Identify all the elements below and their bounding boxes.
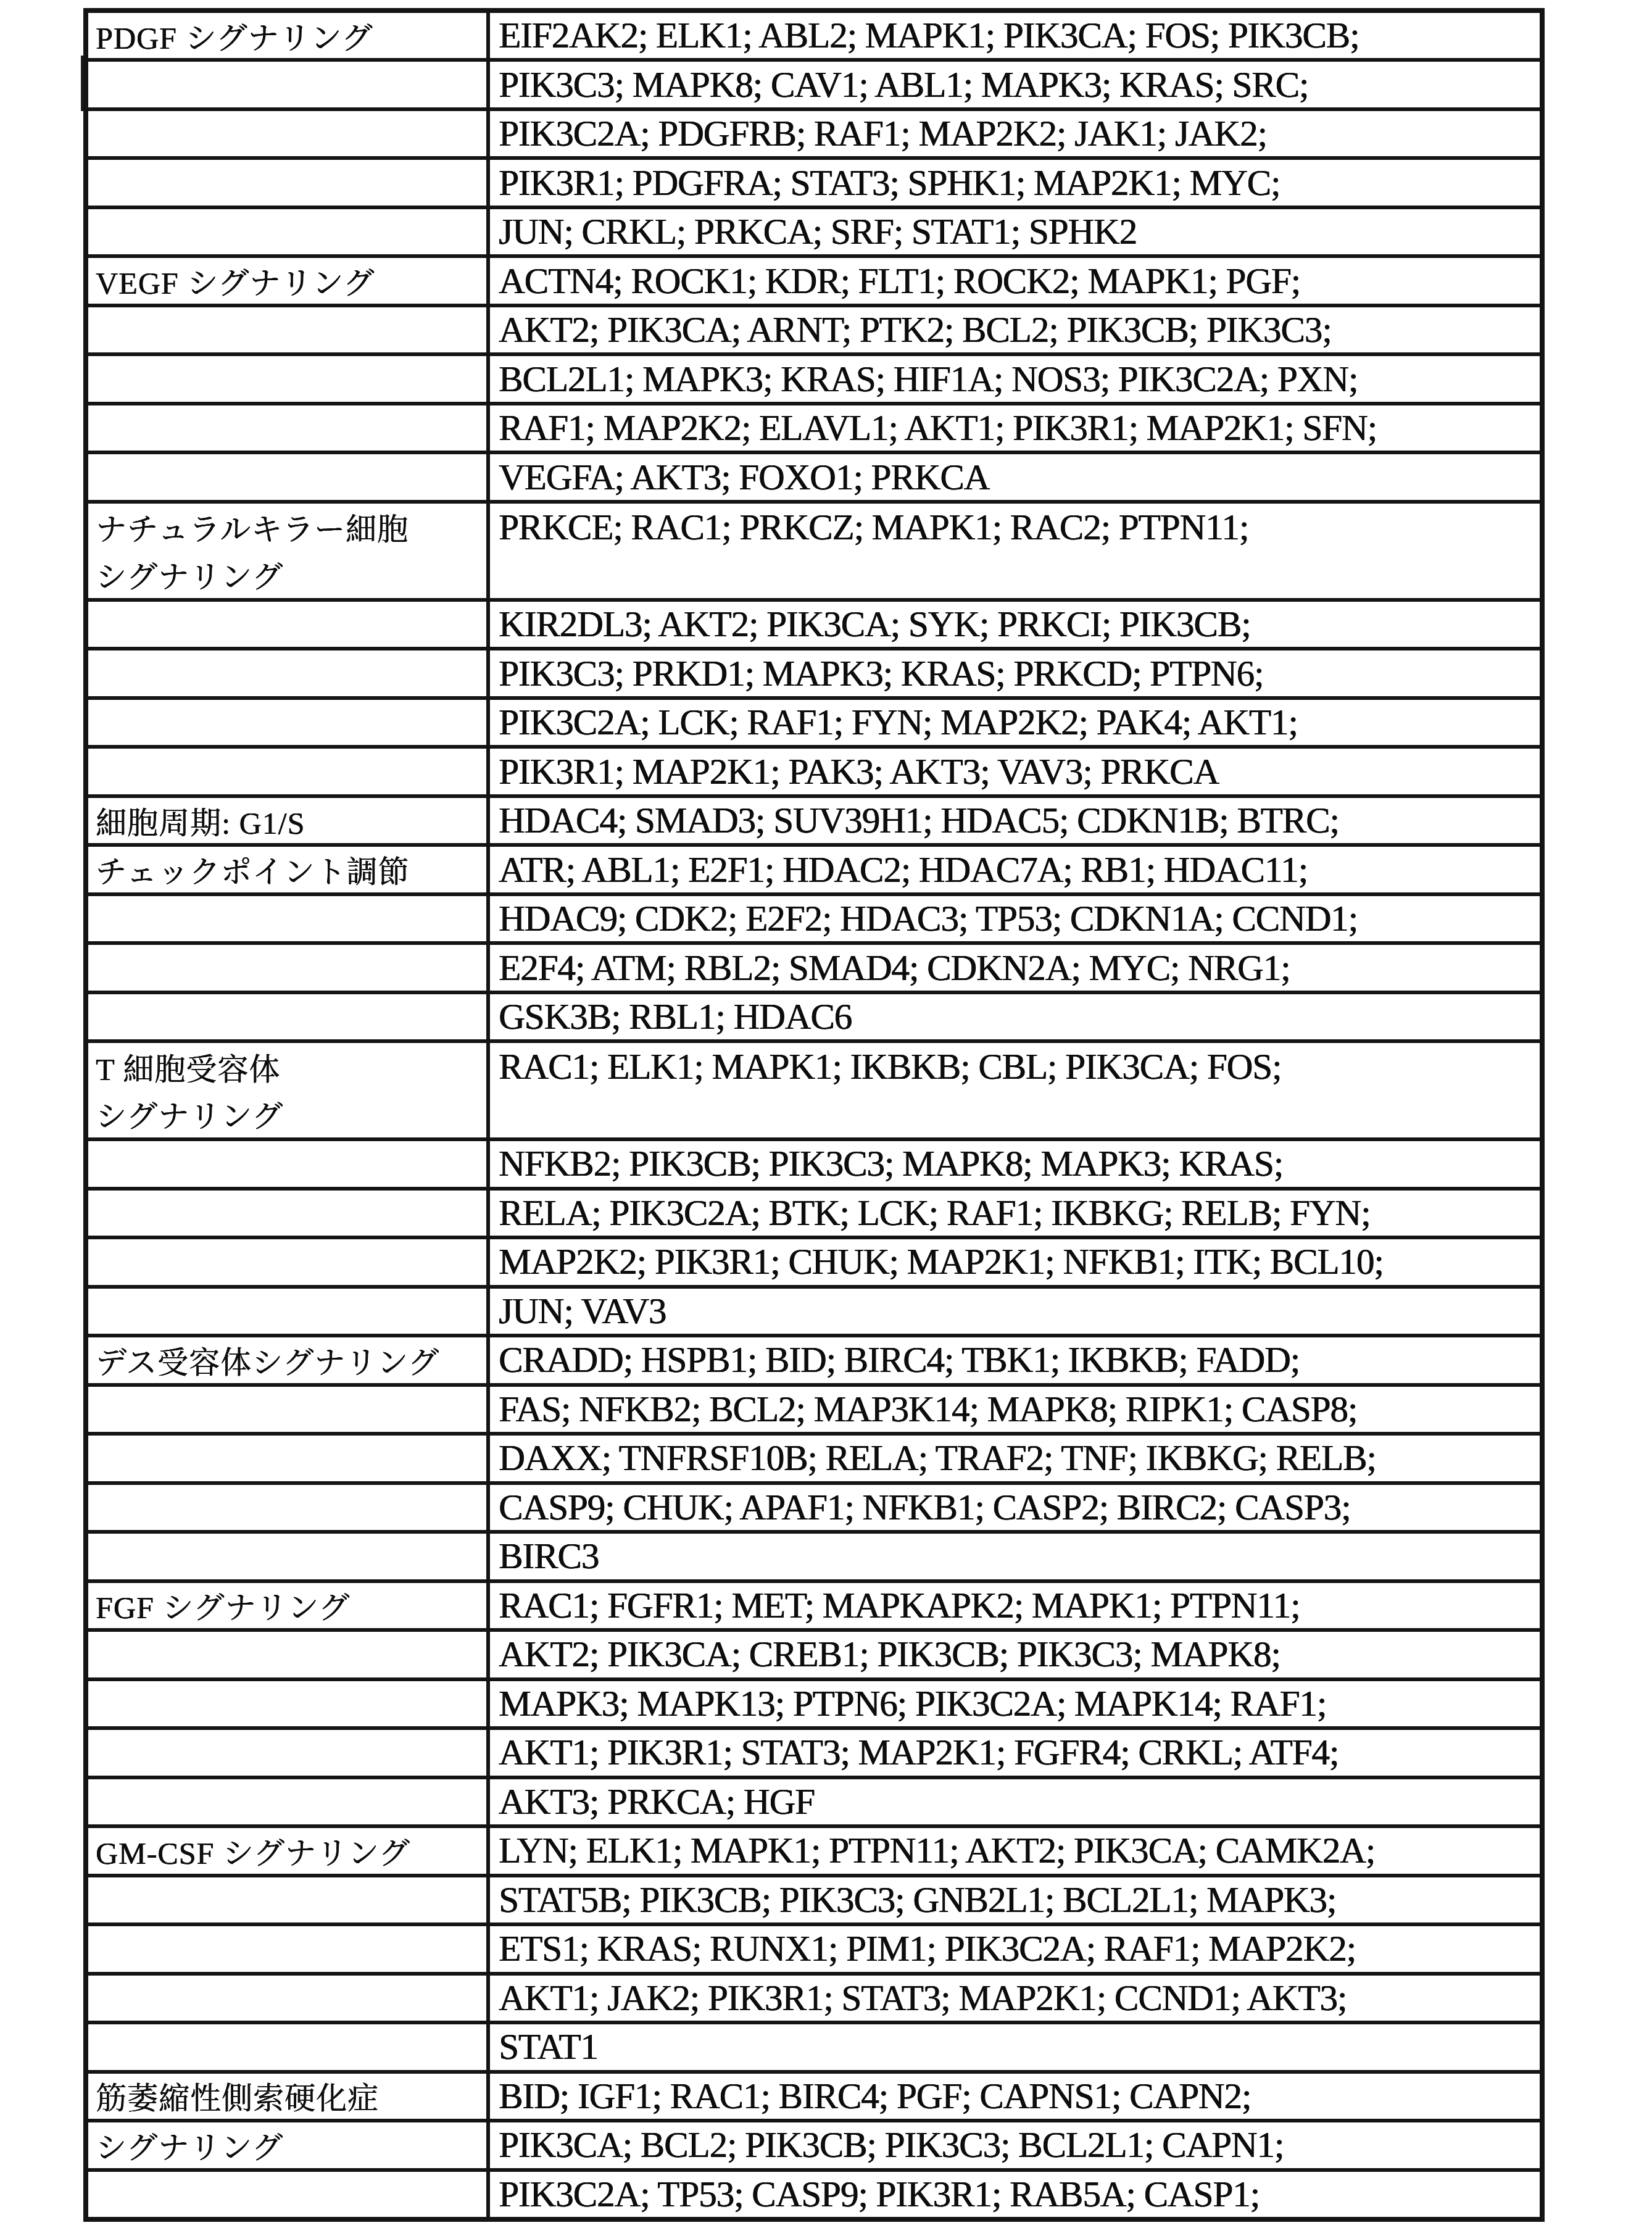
pathway-cell: GM-CSF シグナリング [88, 1828, 486, 1873]
pathway-cell [88, 2024, 486, 2070]
genes-cell: BIRC3 [490, 1534, 1540, 1579]
gene-list-line: BIRC3 [499, 1534, 1536, 1579]
pathway-cell [88, 1436, 486, 1481]
genes-cell: STAT5B; PIK3CB; PIK3C3; GNB2L1; BCL2L1; … [490, 1877, 1540, 1923]
gene-list-line: KIR2DL3; AKT2; PIK3CA; SYK; PRKCI; PIK3C… [499, 602, 1536, 647]
pathway-cell [88, 994, 486, 1040]
gene-list-line: NFKB2; PIK3CB; PIK3C3; MAPK8; MAPK3; KRA… [499, 1141, 1536, 1186]
genes-cell: JUN; CRKL; PRKCA; SRF; STAT1; SPHK2 [490, 209, 1540, 254]
pathway-label-line: FGF シグナリング [96, 1583, 483, 1628]
genes-cell: EIF2AK2; ELK1; ABL2; MAPK1; PIK3CA; FOS;… [490, 13, 1540, 58]
pathway-cell [88, 1877, 486, 1923]
pathway-cell [88, 651, 486, 696]
genes-cell: STAT1 [490, 2024, 1540, 2070]
genes-cell: LYN; ELK1; MAPK1; PTPN11; AKT2; PIK3CA; … [490, 1828, 1540, 1873]
gene-list-line: RAC1; ELK1; MAPK1; IKBKB; CBL; PIK3CA; F… [499, 1043, 1536, 1090]
genes-cell: PIK3C2A; PDGFRB; RAF1; MAP2K2; JAK1; JAK… [490, 111, 1540, 156]
genes-cell: RAC1; ELK1; MAPK1; IKBKB; CBL; PIK3CA; F… [490, 1043, 1540, 1137]
genes-cell: AKT2; PIK3CA; CREB1; PIK3CB; PIK3C3; MAP… [490, 1632, 1540, 1677]
pathway-label-line: T 細胞受容体 [96, 1043, 483, 1090]
gene-list-line: PIK3C3; MAPK8; CAV1; ABL1; MAPK3; KRAS; … [499, 62, 1536, 107]
pathway-cell: 細胞周期: G1/S [88, 798, 486, 843]
pathway-cell [88, 356, 486, 401]
genes-cell: CASP9; CHUK; APAF1; NFKB1; CASP2; BIRC2;… [490, 1485, 1540, 1530]
pathway-cell [88, 1141, 486, 1186]
pathway-gene-table: PDGF シグナリングEIF2AK2; ELK1; ABL2; MAPK1; P… [83, 8, 1545, 2222]
genes-cell: E2F4; ATM; RBL2; SMAD4; CDKN2A; MYC; NRG… [490, 945, 1540, 990]
pathway-cell [88, 1681, 486, 1727]
pathway-label-line: 筋萎縮性側索硬化症 [96, 2074, 483, 2119]
pathway-cell [88, 1191, 486, 1236]
pathway-label-line: 細胞周期: G1/S [96, 798, 483, 843]
gene-list-line: E2F4; ATM; RBL2; SMAD4; CDKN2A; MYC; NRG… [499, 945, 1536, 990]
gene-list-line: VEGFA; AKT3; FOXO1; PRKCA [499, 454, 1536, 499]
gene-list-line: MAP2K2; PIK3R1; CHUK; MAP2K1; NFKB1; ITK… [499, 1239, 1536, 1284]
pathway-cell [88, 749, 486, 794]
pathway-cell [88, 1239, 486, 1284]
genes-cell: RAF1; MAP2K2; ELAVL1; AKT1; PIK3R1; MAP2… [490, 405, 1540, 451]
genes-cell: PIK3CA; BCL2; PIK3CB; PIK3C3; BCL2L1; CA… [490, 2122, 1540, 2168]
genes-cell: NFKB2; PIK3CB; PIK3C3; MAPK8; MAPK3; KRA… [490, 1141, 1540, 1186]
pathway-cell: FGF シグナリング [88, 1583, 486, 1628]
pathway-cell [88, 209, 486, 254]
genes-cell: HDAC9; CDK2; E2F2; HDAC3; TP53; CDKN1A; … [490, 896, 1540, 941]
gene-list-line: JUN; CRKL; PRKCA; SRF; STAT1; SPHK2 [499, 209, 1536, 254]
genes-cell: AKT2; PIK3CA; ARNT; PTK2; BCL2; PIK3CB; … [490, 307, 1540, 353]
scanned-document-page: PDGF シグナリングEIF2AK2; ELK1; ABL2; MAPK1; P… [0, 0, 1652, 2228]
genes-cell: RAC1; FGFR1; MET; MAPKAPK2; MAPK1; PTPN1… [490, 1583, 1540, 1628]
genes-cell: RELA; PIK3C2A; BTK; LCK; RAF1; IKBKG; RE… [490, 1191, 1540, 1236]
genes-cell: ATR; ABL1; E2F1; HDAC2; HDAC7A; RB1; HDA… [490, 847, 1540, 892]
gene-list-line: PIK3R1; PDGFRA; STAT3; SPHK1; MAP2K1; MY… [499, 160, 1536, 206]
gene-list-line: DAXX; TNFRSF10B; RELA; TRAF2; TNF; IKBKG… [499, 1436, 1536, 1481]
gene-list-line: PIK3C3; PRKD1; MAPK3; KRAS; PRKCD; PTPN6… [499, 651, 1536, 696]
gene-list-line: PIK3C2A; PDGFRB; RAF1; MAP2K2; JAK1; JAK… [499, 111, 1536, 156]
genes-cell: CRADD; HSPB1; BID; BIRC4; TBK1; IKBKB; F… [490, 1337, 1540, 1383]
pathway-label-line: シグナリング [96, 1091, 483, 1137]
pathway-label-line: シグナリング [96, 551, 483, 597]
genes-cell: GSK3B; RBL1; HDAC6 [490, 994, 1540, 1040]
genes-cell: ACTN4; ROCK1; KDR; FLT1; ROCK2; MAPK1; P… [490, 258, 1540, 303]
pathway-cell: T 細胞受容体シグナリング [88, 1043, 486, 1137]
gene-list-line: JUN; VAV3 [499, 1289, 1536, 1334]
gene-list-line: ACTN4; ROCK1; KDR; FLT1; ROCK2; MAPK1; P… [499, 258, 1536, 303]
gene-list-line: MAPK3; MAPK13; PTPN6; PIK3C2A; MAPK14; R… [499, 1681, 1536, 1727]
pathway-cell [88, 1730, 486, 1775]
gene-list-line: GSK3B; RBL1; HDAC6 [499, 994, 1536, 1040]
genes-cell: AKT1; PIK3R1; STAT3; MAP2K1; FGFR4; CRKL… [490, 1730, 1540, 1775]
genes-cell: ETS1; KRAS; RUNX1; PIM1; PIK3C2A; RAF1; … [490, 1926, 1540, 1971]
gene-list-line: AKT1; PIK3R1; STAT3; MAP2K1; FGFR4; CRKL… [499, 1730, 1536, 1775]
pathway-cell [88, 1289, 486, 1334]
pathway-cell: チェックポイント調節 [88, 847, 486, 892]
genes-cell: PIK3R1; PDGFRA; STAT3; SPHK1; MAP2K1; MY… [490, 160, 1540, 206]
gene-list-line: AKT1; JAK2; PIK3R1; STAT3; MAP2K1; CCND1… [499, 1976, 1536, 2021]
gene-list-line: RAF1; MAP2K2; ELAVL1; AKT1; PIK3R1; MAP2… [499, 405, 1536, 451]
gene-list-line: CASP9; CHUK; APAF1; NFKB1; CASP2; BIRC2;… [499, 1485, 1536, 1530]
gene-list-line: HDAC4; SMAD3; SUV39H1; HDAC5; CDKN1B; BT… [499, 798, 1536, 843]
genes-cell: MAPK3; MAPK13; PTPN6; PIK3C2A; MAPK14; R… [490, 1681, 1540, 1727]
pathway-label-line: ナチュラルキラー細胞 [96, 504, 483, 551]
genes-cell: KIR2DL3; AKT2; PIK3CA; SYK; PRKCI; PIK3C… [490, 602, 1540, 647]
gene-list-line: BCL2L1; MAPK3; KRAS; HIF1A; NOS3; PIK3C2… [499, 356, 1536, 401]
pathway-cell [88, 1976, 486, 2021]
gene-list-line: STAT1 [499, 2024, 1536, 2070]
pathway-cell [88, 896, 486, 941]
genes-cell: PIK3C3; MAPK8; CAV1; ABL1; MAPK3; KRAS; … [490, 62, 1540, 107]
pathway-cell: デス受容体シグナリング [88, 1337, 486, 1383]
genes-cell: MAP2K2; PIK3R1; CHUK; MAP2K1; NFKB1; ITK… [490, 1239, 1540, 1284]
gene-list-line: PIK3CA; BCL2; PIK3CB; PIK3C3; BCL2L1; CA… [499, 2122, 1536, 2168]
pathway-cell [88, 602, 486, 647]
gene-list-line: LYN; ELK1; MAPK1; PTPN11; AKT2; PIK3CA; … [499, 1828, 1536, 1873]
pathway-cell: 筋萎縮性側索硬化症 [88, 2074, 486, 2119]
genes-cell: PIK3C2A; LCK; RAF1; FYN; MAP2K2; PAK4; A… [490, 700, 1540, 745]
gene-list-line: HDAC9; CDK2; E2F2; HDAC3; TP53; CDKN1A; … [499, 896, 1536, 941]
genes-cell: FAS; NFKB2; BCL2; MAP3K14; MAPK8; RIPK1;… [490, 1387, 1540, 1432]
pathway-label-line: シグナリング [96, 2122, 483, 2168]
pathway-cell [88, 2172, 486, 2218]
pathway-label-line: VEGF シグナリング [96, 258, 483, 303]
pathway-cell [88, 111, 486, 156]
gene-list-line: AKT2; PIK3CA; CREB1; PIK3CB; PIK3C3; MAP… [499, 1632, 1536, 1677]
genes-cell: PIK3R1; MAP2K1; PAK3; AKT3; VAV3; PRKCA [490, 749, 1540, 794]
gene-list-line: PRKCE; RAC1; PRKCZ; MAPK1; RAC2; PTPN11; [499, 504, 1536, 551]
pathway-cell: ナチュラルキラー細胞シグナリング [88, 504, 486, 598]
pathway-cell [88, 1534, 486, 1579]
gene-list-line: STAT5B; PIK3CB; PIK3C3; GNB2L1; BCL2L1; … [499, 1877, 1536, 1923]
pathway-cell: PDGF シグナリング [88, 13, 486, 58]
pathway-label-line: チェックポイント調節 [96, 847, 483, 892]
gene-list-line: PIK3R1; MAP2K1; PAK3; AKT3; VAV3; PRKCA [499, 749, 1536, 794]
pathway-cell [88, 62, 486, 107]
genes-cell: AKT1; JAK2; PIK3R1; STAT3; MAP2K1; CCND1… [490, 1976, 1540, 2021]
pathway-cell [88, 700, 486, 745]
pathway-cell [88, 405, 486, 451]
genes-cell: AKT3; PRKCA; HGF [490, 1779, 1540, 1824]
genes-cell: PRKCE; RAC1; PRKCZ; MAPK1; RAC2; PTPN11; [490, 504, 1540, 598]
pathway-cell [88, 945, 486, 990]
genes-cell: JUN; VAV3 [490, 1289, 1540, 1334]
gene-list-line: FAS; NFKB2; BCL2; MAP3K14; MAPK8; RIPK1;… [499, 1387, 1536, 1432]
pathway-cell [88, 160, 486, 206]
gene-list-line: AKT3; PRKCA; HGF [499, 1779, 1536, 1824]
pathway-cell [88, 1485, 486, 1530]
gene-list-line: BID; IGF1; RAC1; BIRC4; PGF; CAPNS1; CAP… [499, 2074, 1536, 2119]
pathway-cell [88, 1779, 486, 1824]
genes-cell: BCL2L1; MAPK3; KRAS; HIF1A; NOS3; PIK3C2… [490, 356, 1540, 401]
genes-cell: BID; IGF1; RAC1; BIRC4; PGF; CAPNS1; CAP… [490, 2074, 1540, 2119]
gene-list-line: EIF2AK2; ELK1; ABL2; MAPK1; PIK3CA; FOS;… [499, 13, 1536, 58]
pathway-cell: VEGF シグナリング [88, 258, 486, 303]
pathway-cell [88, 1926, 486, 1971]
genes-cell: HDAC4; SMAD3; SUV39H1; HDAC5; CDKN1B; BT… [490, 798, 1540, 843]
pathway-cell [88, 307, 486, 353]
genes-cell: PIK3C2A; TP53; CASP9; PIK3R1; RAB5A; CAS… [490, 2172, 1540, 2218]
pathway-cell: シグナリング [88, 2122, 486, 2168]
pathway-label-line: PDGF シグナリング [96, 13, 483, 58]
pathway-cell [88, 1387, 486, 1432]
gene-list-line: ETS1; KRAS; RUNX1; PIM1; PIK3C2A; RAF1; … [499, 1926, 1536, 1971]
gene-list-line: RELA; PIK3C2A; BTK; LCK; RAF1; IKBKG; RE… [499, 1191, 1536, 1236]
gene-list-line: CRADD; HSPB1; BID; BIRC4; TBK1; IKBKB; F… [499, 1337, 1536, 1383]
gene-list-line: RAC1; FGFR1; MET; MAPKAPK2; MAPK1; PTPN1… [499, 1583, 1536, 1628]
gene-list-line: ATR; ABL1; E2F1; HDAC2; HDAC7A; RB1; HDA… [499, 847, 1536, 892]
genes-cell: DAXX; TNFRSF10B; RELA; TRAF2; TNF; IKBKG… [490, 1436, 1540, 1481]
pathway-cell [88, 454, 486, 499]
gene-list-line: AKT2; PIK3CA; ARNT; PTK2; BCL2; PIK3CB; … [499, 307, 1536, 353]
genes-cell: VEGFA; AKT3; FOXO1; PRKCA [490, 454, 1540, 499]
pathway-cell [88, 1632, 486, 1677]
pathway-label-line: GM-CSF シグナリング [96, 1828, 483, 1873]
genes-cell: PIK3C3; PRKD1; MAPK3; KRAS; PRKCD; PTPN6… [490, 651, 1540, 696]
gene-list-line: PIK3C2A; TP53; CASP9; PIK3R1; RAB5A; CAS… [499, 2172, 1536, 2218]
pathway-label-line: デス受容体シグナリング [96, 1337, 483, 1383]
gene-list-line: PIK3C2A; LCK; RAF1; FYN; MAP2K2; PAK4; A… [499, 700, 1536, 745]
